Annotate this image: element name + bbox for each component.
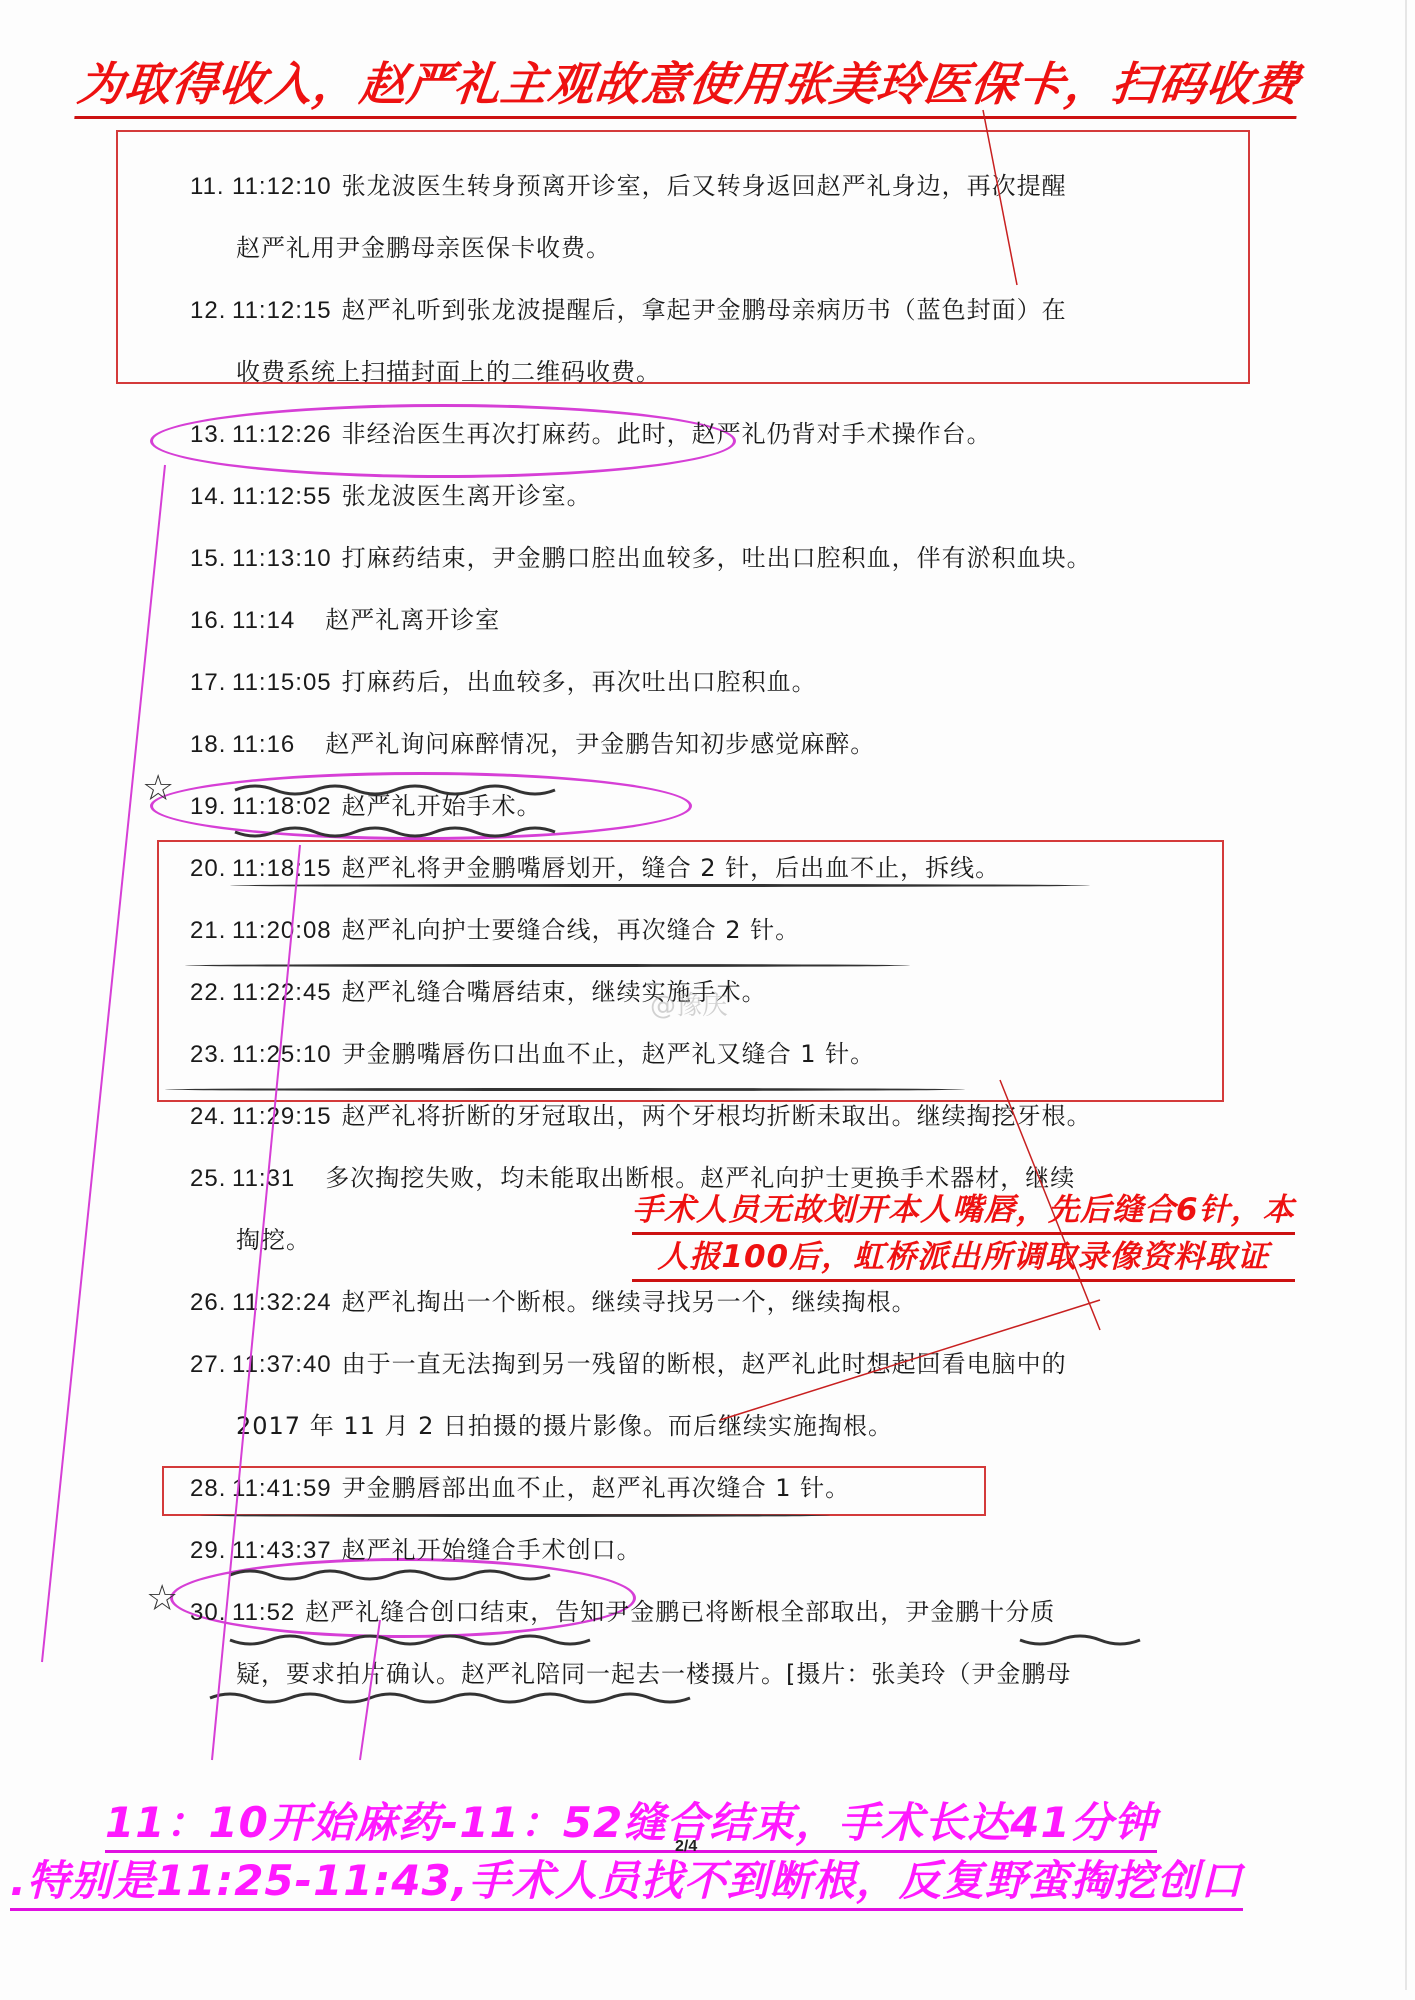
entry-time: 11:52 — [232, 1599, 295, 1626]
entry-time: 11:12:55 — [232, 483, 332, 510]
bottom-annotation-line-1: 11：10开始麻药-11：52缝合结束，手术长达41分钟 — [105, 1790, 1157, 1853]
entry-number: 30. — [190, 1599, 232, 1627]
entry-text-continued: 2017 年 11 月 2 日拍摄的摄片影像。而后继续实施掏根。 — [236, 1406, 893, 1441]
entry-text-continued: 掏挖。 — [236, 1220, 311, 1255]
entry-text: 赵严礼掏出一个断根。继续寻找另一个，继续掏根。 — [342, 1288, 917, 1316]
timeline-entry: 29.11:43:37赵严礼开始缝合手术创口。 — [190, 1530, 642, 1565]
entry-time: 11:37:40 — [232, 1351, 332, 1378]
entry-text: 赵严礼将折断的牙冠取出，两个牙根均折断未取出。继续掏挖牙根。 — [342, 1102, 1092, 1130]
entry-time: 11:18:15 — [232, 855, 332, 882]
timeline-entry: 24.11:29:15赵严礼将折断的牙冠取出，两个牙根均折断未取出。继续掏挖牙根… — [190, 1096, 1092, 1131]
timeline-entry: 12.11:12:15赵严礼听到张龙波提醒后，拿起尹金鹏母亲病历书（蓝色封面）在… — [190, 290, 1067, 325]
entry-time: 11:29:15 — [232, 1103, 332, 1130]
entry-number: 16. — [190, 607, 232, 635]
entry-text: 赵严礼离开诊室 — [325, 606, 500, 634]
timeline-entry: 13.11:12:26非经治医生再次打麻药。此时，赵严礼仍背对手术操作台。 — [190, 414, 992, 449]
entry-time: 11:15:05 — [232, 669, 332, 696]
entry-number: 27. — [190, 1351, 232, 1379]
handwritten-underline — [230, 884, 1090, 887]
timeline-entry: 14.11:12:55张龙波医生离开诊室。 — [190, 476, 592, 511]
entry-number: 18. — [190, 731, 232, 759]
handwritten-underline — [200, 1514, 830, 1517]
entry-time: 11:43:37 — [232, 1537, 332, 1564]
middle-annotation-banner: 手术人员无故划开本人嘴唇，先后缝合6针，本 人报100后，虹桥派出所调取录像资料… — [632, 1188, 1295, 1282]
entry-text: 赵严礼询问麻醉情况，尹金鹏告知初步感觉麻醉。 — [325, 730, 875, 758]
top-annotation-banner: 为取得收入，赵严礼主观故意使用张美玲医保卡，扫码收费 — [74, 48, 1303, 119]
entry-text: 打麻药后，出血较多，再次吐出口腔积血。 — [342, 668, 817, 696]
entry-number: 23. — [190, 1041, 232, 1069]
entry-time: 11:12:26 — [232, 421, 332, 448]
entry-time: 11:31 — [232, 1165, 295, 1192]
entry-time: 11:12:15 — [232, 297, 332, 324]
entry-number: 29. — [190, 1537, 232, 1565]
watermark: @豫庆 — [650, 985, 728, 1022]
entry-text: 赵严礼开始缝合手术创口。 — [342, 1536, 642, 1564]
entry-number: 22. — [190, 979, 232, 1007]
entry-number: 24. — [190, 1103, 232, 1131]
entry-number: 13. — [190, 421, 232, 449]
entry-text: 张龙波医生转身预离开诊室，后又转身返回赵严礼身边，再次提醒 — [342, 172, 1067, 200]
handwritten-underline — [165, 1088, 965, 1091]
entry-text: 赵严礼向护士要缝合线，再次缝合 2 针。 — [342, 916, 801, 944]
entry-text-continued: 疑，要求拍片确认。赵严礼陪同一起去一楼摄片。[摄片：张美玲（尹金鹏母 — [236, 1654, 1071, 1689]
timeline-entry: 18.11:16赵严礼询问麻醉情况，尹金鹏告知初步感觉麻醉。 — [190, 724, 875, 759]
entry-text: 非经治医生再次打麻药。此时，赵严礼仍背对手术操作台。 — [342, 420, 992, 448]
entry-time: 11:32:24 — [232, 1289, 332, 1316]
entry-number: 20. — [190, 855, 232, 883]
entry-number: 14. — [190, 483, 232, 511]
handwritten-underline — [185, 964, 910, 967]
entry-text: 赵严礼听到张龙波提醒后，拿起尹金鹏母亲病历书（蓝色封面）在 — [342, 296, 1067, 324]
entry-number: 28. — [190, 1475, 232, 1503]
entry-time: 11:12:10 — [232, 173, 332, 200]
entry-number: 19. — [190, 793, 232, 821]
timeline-entry: 11.11:12:10张龙波医生转身预离开诊室，后又转身返回赵严礼身边，再次提醒… — [190, 166, 1067, 201]
entry-text: 尹金鹏唇部出血不止，赵严礼再次缝合 1 针。 — [342, 1474, 851, 1502]
entry-time: 11:13:10 — [232, 545, 332, 572]
entry-text: 由于一直无法掏到另一残留的断根，赵严礼此时想起回看电脑中的 — [342, 1350, 1067, 1378]
entry-text-continued: 收费系统上扫描封面上的二维码收费。 — [236, 352, 661, 387]
entry-number: 21. — [190, 917, 232, 945]
timeline-entry: 16.11:14赵严礼离开诊室 — [190, 600, 500, 635]
middle-banner-line-2: 人报100后，虹桥派出所调取录像资料取证 — [632, 1235, 1295, 1282]
entry-text: 赵严礼开始手术。 — [342, 792, 542, 820]
timeline-entry: 23.11:25:10尹金鹏嘴唇伤口出血不止，赵严礼又缝合 1 针。 — [190, 1034, 875, 1069]
timeline-entry: 30.11:52赵严礼缝合创口结束，告知尹金鹏已将断根全部取出，尹金鹏十分质 疑… — [190, 1592, 1055, 1627]
entry-number: 17. — [190, 669, 232, 697]
bottom-annotation-line-2: .特别是11:25-11:43,手术人员找不到断根，反复野蛮掏挖创口 — [10, 1848, 1243, 1911]
entry-time: 11:18:02 — [232, 793, 332, 820]
entry-text: 赵严礼缝合创口结束，告知尹金鹏已将断根全部取出，尹金鹏十分质 — [305, 1598, 1055, 1626]
entry-time: 11:16 — [232, 731, 295, 758]
entry-time: 11:41:59 — [232, 1475, 332, 1502]
timeline-entry: 15.11:13:10打麻药结束，尹金鹏口腔出血较多，吐出口腔积血，伴有淤积血块… — [190, 538, 1092, 573]
entry-time: 11:25:10 — [232, 1041, 332, 1068]
entry-text-continued: 赵严礼用尹金鹏母亲医保卡收费。 — [236, 228, 611, 263]
middle-banner-line-1: 手术人员无故划开本人嘴唇，先后缝合6针，本 — [632, 1188, 1295, 1235]
star-mark-icon: ☆ — [142, 768, 174, 809]
timeline-entry: 21.11:20:08赵严礼向护士要缝合线，再次缝合 2 针。 — [190, 910, 800, 945]
star-mark-icon: ☆ — [146, 1578, 178, 1619]
entry-number: 11. — [190, 173, 232, 201]
page-edge — [1405, 0, 1407, 1990]
entry-time: 11:14 — [232, 607, 295, 634]
entry-number: 12. — [190, 297, 232, 325]
entry-number: 25. — [190, 1165, 232, 1193]
timeline-entry: 17.11:15:05打麻药后，出血较多，再次吐出口腔积血。 — [190, 662, 817, 697]
timeline-entry: 27.11:37:40由于一直无法掏到另一残留的断根，赵严礼此时想起回看电脑中的… — [190, 1344, 1067, 1379]
timeline-entry: 19.11:18:02赵严礼开始手术。 — [190, 786, 542, 821]
entry-number: 15. — [190, 545, 232, 573]
entry-text: 尹金鹏嘴唇伤口出血不止，赵严礼又缝合 1 针。 — [342, 1040, 876, 1068]
entry-text: 赵严礼将尹金鹏嘴唇划开，缝合 2 针，后出血不止，拆线。 — [342, 854, 1001, 882]
entry-number: 26. — [190, 1289, 232, 1317]
timeline-entry: 20.11:18:15赵严礼将尹金鹏嘴唇划开，缝合 2 针，后出血不止，拆线。 — [190, 848, 1000, 883]
entry-time: 11:22:45 — [232, 979, 332, 1006]
entry-text: 张龙波医生离开诊室。 — [342, 482, 592, 510]
entry-time: 11:20:08 — [232, 917, 332, 944]
entry-text: 打麻药结束，尹金鹏口腔出血较多，吐出口腔积血，伴有淤积血块。 — [342, 544, 1092, 572]
timeline-entry: 26.11:32:24赵严礼掏出一个断根。继续寻找另一个，继续掏根。 — [190, 1282, 917, 1317]
timeline-entry: 28.11:41:59尹金鹏唇部出血不止，赵严礼再次缝合 1 针。 — [190, 1468, 850, 1503]
document-page: 为取得收入，赵严礼主观故意使用张美玲医保卡，扫码收费 11.11:12:10张龙… — [0, 0, 1415, 2000]
